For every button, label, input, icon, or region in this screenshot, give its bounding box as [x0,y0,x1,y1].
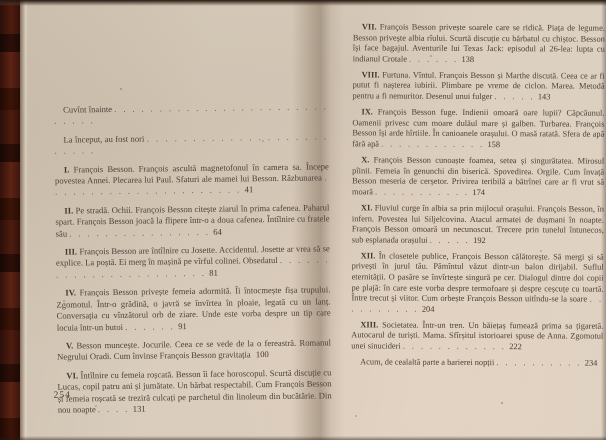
entry-text: În closetele publice, François Besson că… [351,251,603,303]
spine-edge-highlight [20,0,28,440]
entry-page-number: 204 [419,304,435,313]
entry-number: X. [361,155,369,164]
entry-number: IV. [65,288,76,298]
entry-number: I. [64,164,70,174]
entry-page-number: 222 [506,342,522,351]
dot-leader: . . . . . . . . . . . [375,187,469,196]
entry-number: VII. [362,22,377,31]
entry-number: VI. [66,370,78,380]
entry-text: François Besson privește femeia adormită… [56,285,330,333]
toc-entry: VII. François Besson privește soarele ca… [353,22,605,66]
toc-entry: VI. Întîlnire cu femeia roșcată. Besson … [57,367,332,416]
toc-entry: IX. François Besson fuge. Indienii omoar… [352,107,604,151]
toc-entry: La început, au fost nori . . . . . . . .… [54,131,328,157]
entry-text: Cuvînt înainte [63,104,112,115]
entry-page-number: 143 [535,92,551,101]
entry-number: VIII. [362,70,380,79]
left-page: Cuvînt înainte . . . . . . . . . . . . .… [54,101,332,423]
entry-page-number: 138 [458,55,474,64]
toc-entry: I. François Besson. François ascultă mag… [55,161,329,199]
entry-text: La început, au fost nori [63,133,144,144]
toc-entry: IV. François Besson privește femeia ador… [56,285,331,334]
scan-edge-top [0,0,606,6]
toc-entry: III. François Besson are întîlnire cu Jo… [56,243,330,281]
scan-edge-bottom [0,436,606,440]
dot-leader: . . . . . . . . . . . . . . . . [69,226,210,238]
dot-leader: . . . . . . . . . . . . [403,342,506,352]
dot-leader: . . . . . . . . . . . . [381,139,484,149]
toc-entry: Cuvînt înainte . . . . . . . . . . . . .… [54,101,328,127]
entry-page-number: 100 [253,349,269,359]
toc-entry: II. Pe stradă. Ochii. François Besson ci… [55,202,329,240]
right-page: VII. François Besson privește soarele ca… [351,22,605,375]
page-number-left: 254 [54,391,71,403]
dot-leader: . . . . . . [125,321,175,332]
entry-text: François Besson privește soarele care se… [353,22,605,63]
entry-number: XII. [361,251,376,260]
entry-number: XIII. [360,320,378,329]
scanned-book-spread: Cuvînt înainte . . . . . . . . . . . . .… [0,0,606,440]
toc-entry: V. Besson muncește. Jocurile. Ceea ce se… [57,337,331,363]
entry-page-number: 91 [175,321,187,331]
entry-page-number: 174 [469,188,485,197]
dot-leader: . . . . [98,404,130,414]
dot-leader: . . . . . . . . . . [496,358,581,367]
entry-text: Furtuna. Vîntul. François Besson și Mart… [353,70,605,101]
entry-number: XI. [361,203,372,212]
entry-text: Besson muncește. Jocurile. Ceea ce se ve… [57,337,331,362]
toc-entry: VIII. Furtuna. Vîntul. François Besson ș… [353,70,605,103]
entry-page-number: 64 [210,226,222,236]
dot-leader: . . . . . . [409,54,458,63]
entry-number: IX. [361,108,372,117]
toc-entry: XI. Fluviul curge în albia sa prin mijlo… [352,203,604,247]
entry-number: II. [64,205,73,215]
right-toc-list: VII. François Besson privește soarele ca… [351,22,605,369]
entry-page-number: 192 [470,236,486,245]
book-spine [0,0,20,440]
toc-entry: X. François Besson cunoaște foamea, sete… [352,155,604,199]
dot-leader: . . . . . [430,235,470,244]
toc-entry: Acum, de cealaltă parte a barierei nopți… [351,357,603,369]
toc-entry: XII. În closetele publice, François Bess… [351,251,603,316]
toc-entry: XIII. Societatea. Într-un tren. Un băieț… [351,320,603,353]
entry-number: V. [66,340,73,350]
entry-text: Acum, de cealaltă parte a barierei nopți… [360,358,494,368]
entry-page-number: 41 [242,185,254,195]
dot-leader: . . . . . [494,92,534,101]
left-toc-list: Cuvînt înainte . . . . . . . . . . . . .… [54,101,332,416]
entry-page-number: 131 [130,404,146,414]
entry-page-number: 234 [582,359,598,368]
entry-page-number: 158 [484,140,500,149]
entry-number: III. [65,246,77,256]
scan-edge-right [601,0,606,440]
entry-page-number: 81 [206,268,218,278]
entry-text: François Besson. François ascultă magnet… [55,161,329,186]
